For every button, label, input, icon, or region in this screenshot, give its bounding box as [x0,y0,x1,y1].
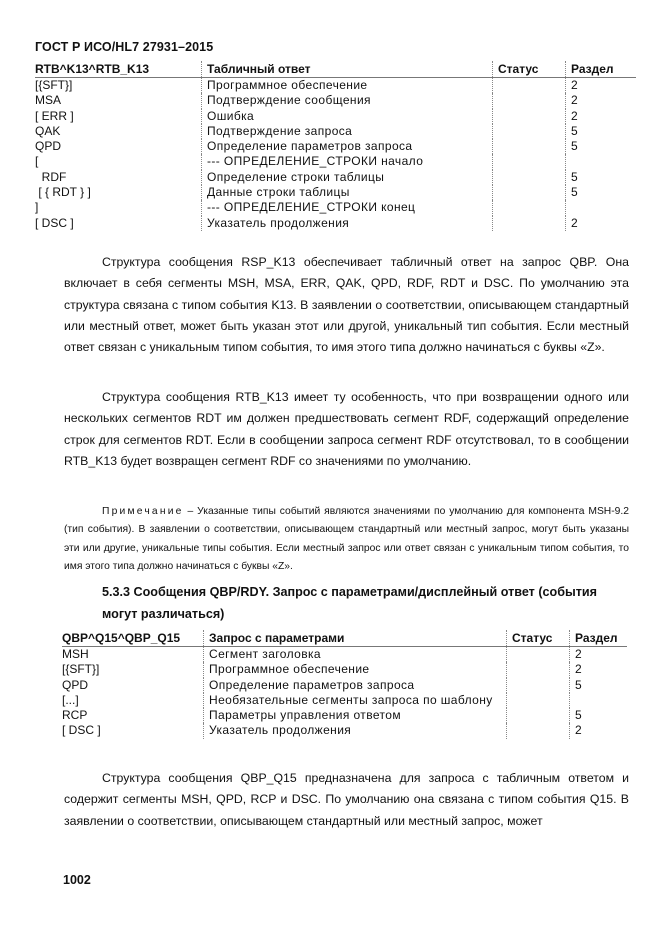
table-row: QPDОпределение параметров запроса5 [62,678,627,693]
description-cell: Программное обеспечение [204,662,507,677]
section-cell: 5 [566,185,637,200]
status-cell [507,708,570,723]
segment-cell: [ DSC ] [62,723,204,738]
table-body: MSHСегмент заголовка2[{SFT}]Программное … [62,647,627,739]
status-cell [493,216,566,231]
section-cell: 2 [570,662,628,677]
column-header-description: Табличный ответ [202,61,493,78]
description-cell: Подтверждение сообщения [202,93,493,108]
section-cell [566,200,637,215]
table-row: [--- ОПРЕДЕЛЕНИЕ_СТРОКИ начало [35,154,636,169]
description-cell: Определение параметров запроса [202,139,493,154]
table-row: RCPПараметры управления ответом5 [62,708,627,723]
section-cell: 2 [570,723,628,738]
description-cell: Параметры управления ответом [204,708,507,723]
segment-cell: [ { RDT } ] [35,185,202,200]
section-cell: 2 [570,647,628,663]
column-header-status: Статус [507,630,570,647]
table-row: QAKПодтверждение запроса5 [35,124,636,139]
status-cell [507,678,570,693]
segment-cell: QPD [35,139,202,154]
status-cell [493,170,566,185]
table-row: [ DSC ]Указатель продолжения2 [35,216,636,231]
segment-cell: [...] [62,693,204,708]
paragraph-qbp-q15: Структура сообщения QBP_Q15 предназначен… [64,768,629,832]
status-cell [507,693,570,708]
description-cell: Необязательные сегменты запроса по шабло… [204,693,507,708]
segment-cell: MSH [62,647,204,663]
section-cell: 2 [566,109,637,124]
section-cell: 5 [570,708,628,723]
status-cell [507,723,570,738]
table-row: MSHСегмент заголовка2 [62,647,627,663]
status-cell [493,124,566,139]
table-body: [{SFT}]Программное обеспечение2MSAПодтве… [35,78,636,231]
running-head-title: ГОСТ Р ИСО/HL7 27931–2015 [35,40,213,54]
segment-cell: ] [35,200,202,215]
section-cell [570,693,628,708]
column-header-description: Запрос с параметрами [204,630,507,647]
table-header-row: RTB^K13^RTB_K13 Табличный ответ Статус Р… [35,61,636,78]
section-cell: 2 [566,93,637,108]
page-number: 1002 [63,873,91,887]
table-row: QPDОпределение параметров запроса5 [35,139,636,154]
table-row: RDFОпределение строки таблицы5 [35,170,636,185]
table-row: [ ERR ]Ошибка2 [35,109,636,124]
status-cell [493,200,566,215]
table-row: ]--- ОПРЕДЕЛЕНИЕ_СТРОКИ конец [35,200,636,215]
segment-cell: MSA [35,93,202,108]
table-header-row: QBP^Q15^QBP_Q15 Запрос с параметрами Ста… [62,630,627,647]
table-row: [{SFT}]Программное обеспечение2 [35,78,636,94]
segment-cell: [{SFT}] [62,662,204,677]
description-cell: Определение строки таблицы [202,170,493,185]
segment-table-qbp-q15: QBP^Q15^QBP_Q15 Запрос с параметрами Ста… [62,630,627,739]
segment-cell: QAK [35,124,202,139]
status-cell [493,154,566,169]
description-cell: --- ОПРЕДЕЛЕНИЕ_СТРОКИ конец [202,200,493,215]
note-block: Примечание – Указанные типы событий явля… [64,503,629,577]
column-header-section: Раздел [566,61,637,78]
column-header-section: Раздел [570,630,628,647]
status-cell [493,139,566,154]
paragraph-rtb-k13: Структура сообщения RTB_K13 имеет ту осо… [64,387,629,472]
status-cell [493,185,566,200]
table-row: [ { RDT } ]Данные строки таблицы5 [35,185,636,200]
description-cell: Сегмент заголовка [204,647,507,663]
paragraph-rsp-k13: Структура сообщения RSP_K13 обеспечивает… [64,252,629,358]
table-row: [...]Необязательные сегменты запроса по … [62,693,627,708]
section-cell: 5 [566,139,637,154]
status-cell [493,78,566,94]
description-cell: Данные строки таблицы [202,185,493,200]
segment-cell: RCP [62,708,204,723]
segment-cell: RDF [35,170,202,185]
column-header-message: QBP^Q15^QBP_Q15 [62,630,204,647]
description-cell: Ошибка [202,109,493,124]
table-row: [ DSC ]Указатель продолжения2 [62,723,627,738]
status-cell [507,662,570,677]
status-cell [507,647,570,663]
segment-table-rtb-k13: RTB^K13^RTB_K13 Табличный ответ Статус Р… [35,61,636,231]
section-cell [566,154,637,169]
description-cell: Подтверждение запроса [202,124,493,139]
description-cell: Определение параметров запроса [204,678,507,693]
column-header-message: RTB^K13^RTB_K13 [35,61,202,78]
note-label: Примечание [102,506,184,517]
description-cell: --- ОПРЕДЕЛЕНИЕ_СТРОКИ начало [202,154,493,169]
section-cell: 5 [570,678,628,693]
table-row: [{SFT}]Программное обеспечение2 [62,662,627,677]
description-cell: Указатель продолжения [202,216,493,231]
status-cell [493,93,566,108]
section-heading: 5.3.3 Сообщения QBP/RDY. Запрос с параме… [102,581,630,625]
description-cell: Программное обеспечение [202,78,493,94]
description-cell: Указатель продолжения [204,723,507,738]
table-row: MSAПодтверждение сообщения2 [35,93,636,108]
column-header-status: Статус [493,61,566,78]
section-cell: 5 [566,124,637,139]
segment-cell: [{SFT}] [35,78,202,94]
section-cell: 5 [566,170,637,185]
segment-cell: [ ERR ] [35,109,202,124]
section-cell: 2 [566,216,637,231]
segment-cell: [ DSC ] [35,216,202,231]
segment-cell: QPD [62,678,204,693]
status-cell [493,109,566,124]
section-cell: 2 [566,78,637,94]
segment-cell: [ [35,154,202,169]
